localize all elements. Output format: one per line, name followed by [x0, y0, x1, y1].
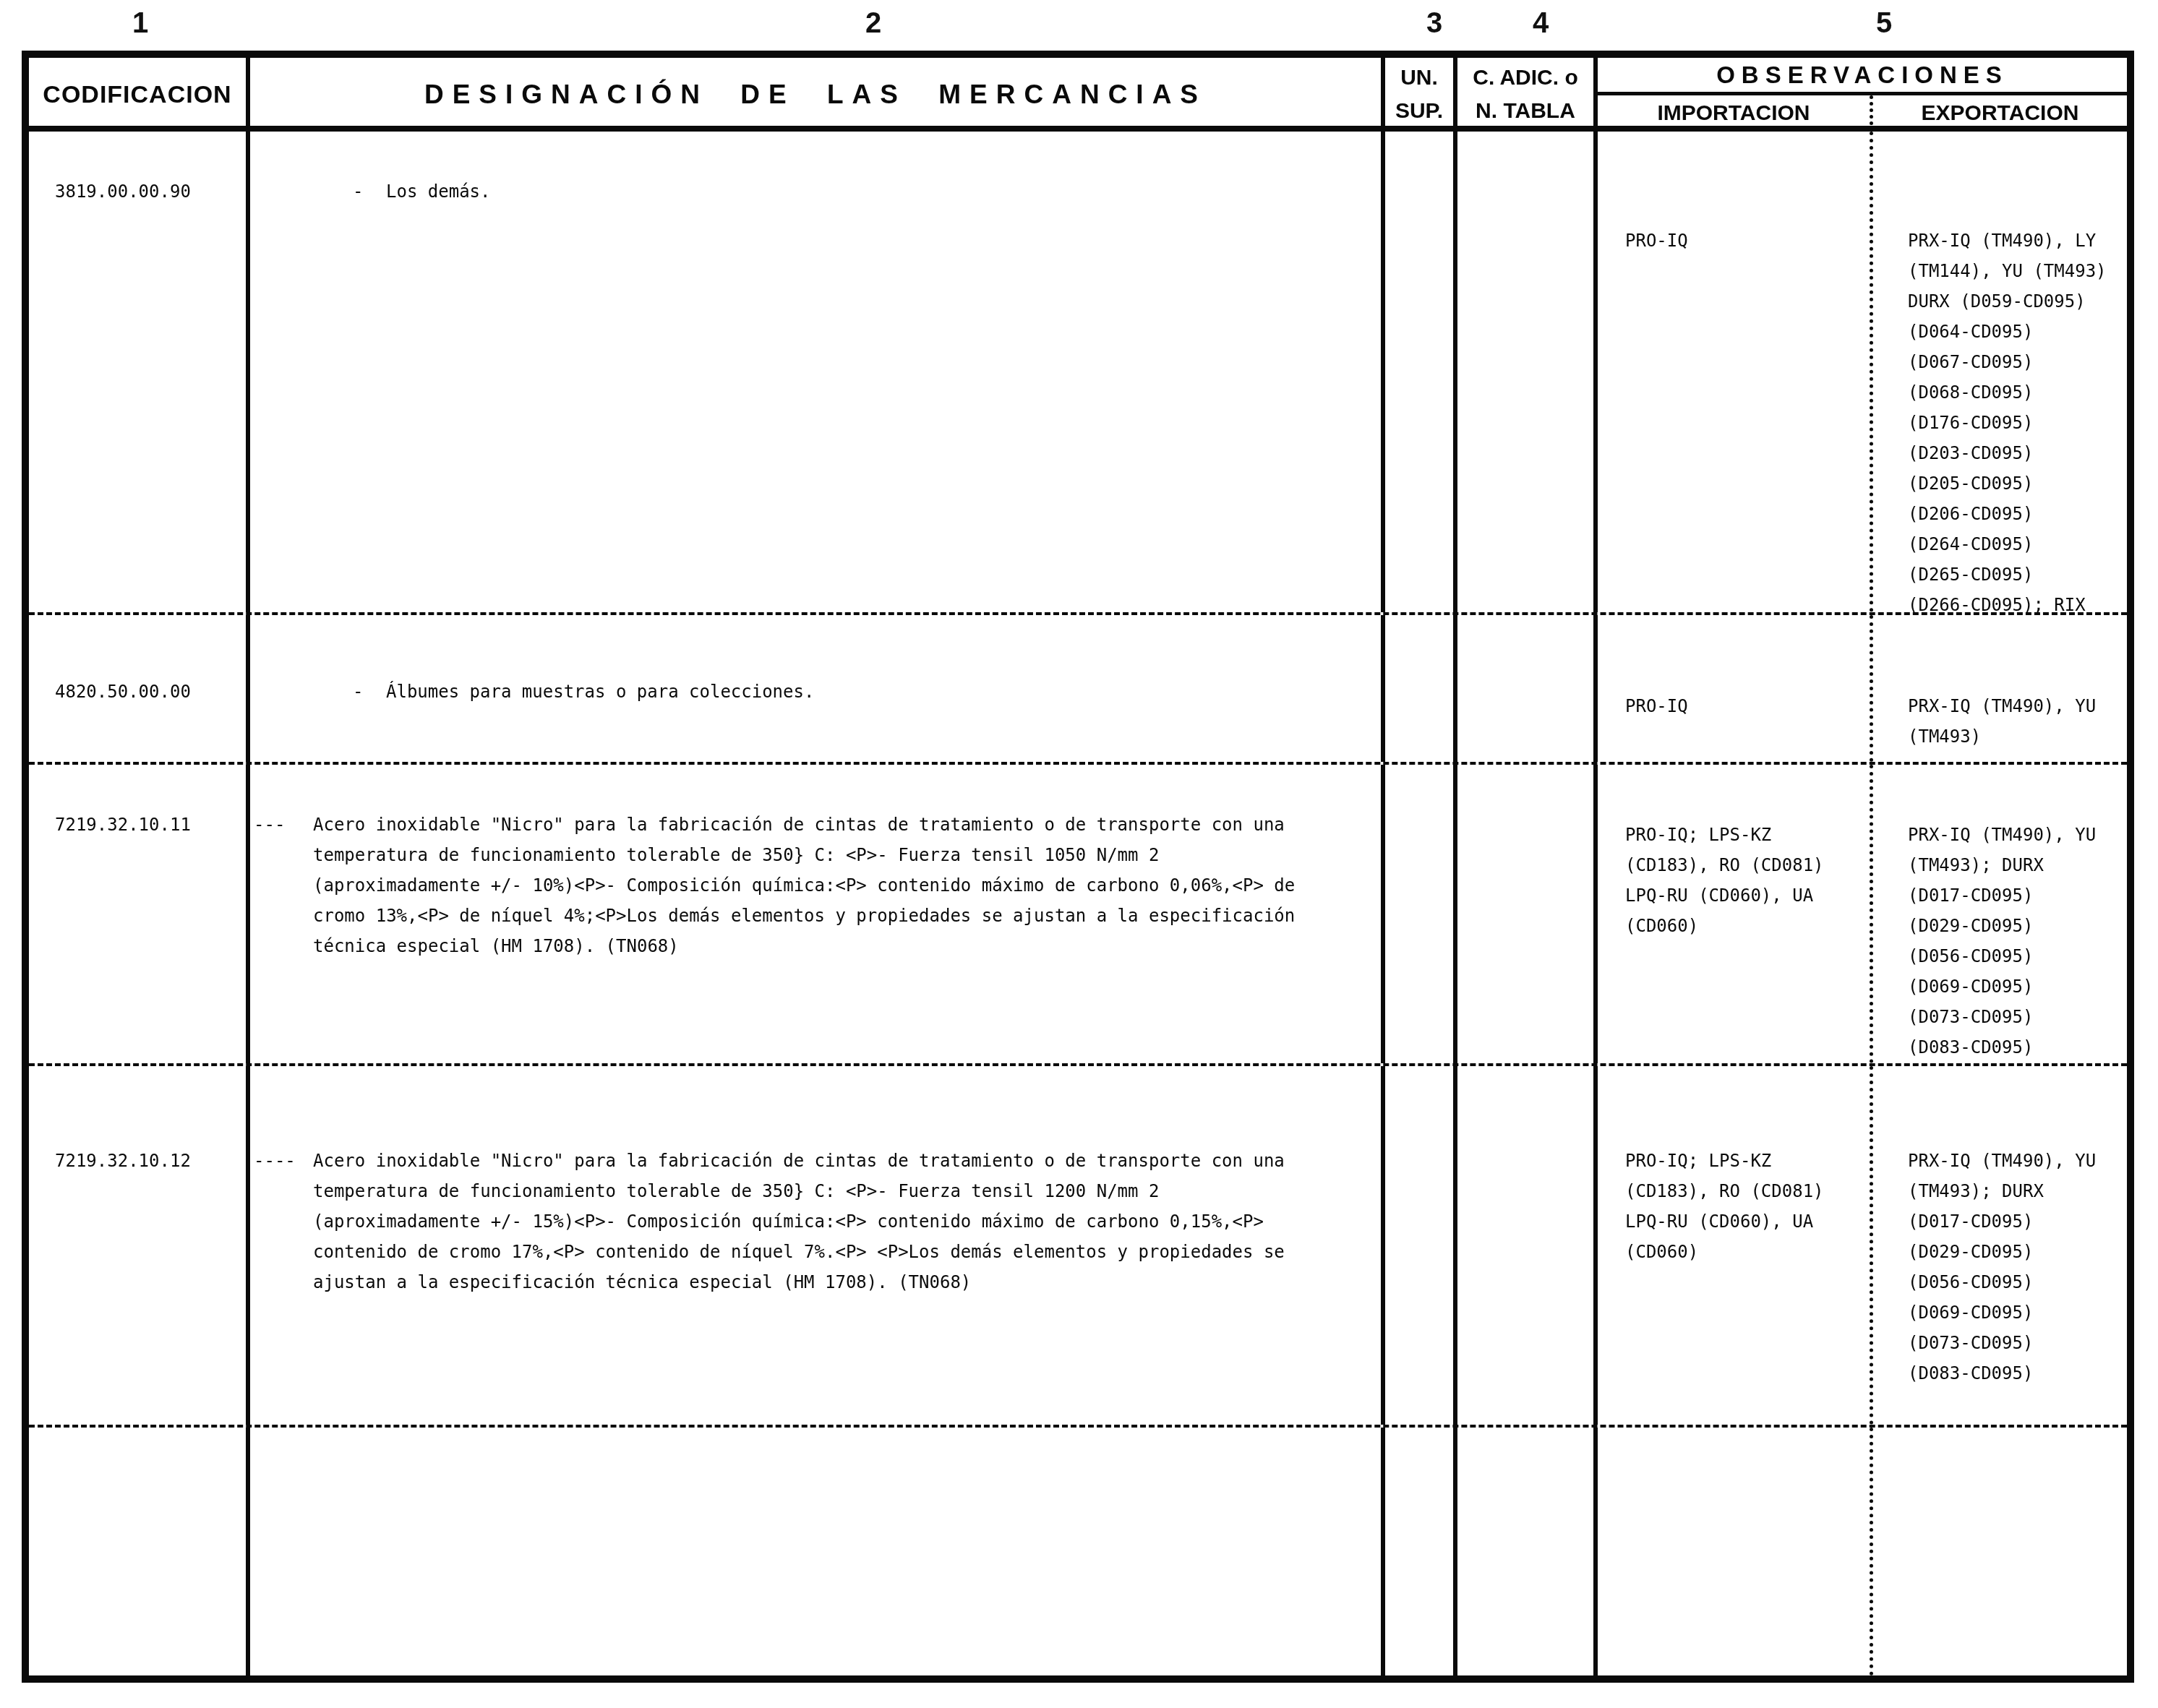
designacion-cell: --- Acero inoxidable "Nicro" para la fab…: [246, 765, 1381, 1063]
column-number-4: 4: [1533, 7, 1549, 40]
un-sup-cell: [1381, 1428, 1453, 1675]
c-adic-cell: [1453, 615, 1593, 762]
importacion-cell: PRO-IQ: [1593, 615, 1870, 762]
dash-prefix: ----: [254, 1146, 313, 1176]
importacion-cell: PRO-IQ: [1593, 132, 1870, 612]
table-row: 3819.00.00.90 - Los demás. PRO-IQ PRX-IQ…: [29, 132, 2127, 615]
table-row: 7219.32.10.12 ---- Acero inoxidable "Nic…: [29, 1066, 2127, 1428]
exportacion-cell: [1870, 1428, 2127, 1675]
tariff-table: CODIFICACION DESIGNACIÓN DE LAS MERCANCI…: [22, 51, 2134, 1683]
designacion-cell: [246, 1428, 1381, 1675]
header-adic-line1: C. ADIC. o: [1473, 61, 1578, 95]
header-importacion: IMPORTACION: [1593, 95, 1870, 132]
column-number-1: 1: [132, 7, 148, 40]
importacion-cell: [1593, 1428, 1870, 1675]
table-body: 3819.00.00.90 - Los demás. PRO-IQ PRX-IQ…: [29, 132, 2127, 1675]
header-c-adic: C. ADIC. o N. TABLA: [1453, 58, 1593, 132]
exportacion-cell: PRX-IQ (TM490), YU (TM493): [1870, 615, 2127, 762]
c-adic-cell: [1453, 1066, 1593, 1425]
header-un-line1: UN.: [1400, 61, 1438, 95]
importacion-cell: PRO-IQ; LPS-KZ (CD183), RO (CD081) LPQ-R…: [1593, 1066, 1870, 1425]
exportacion-cell: PRX-IQ (TM490), YU (TM493); DURX (D017-C…: [1870, 765, 2127, 1063]
exportacion-cell: PRX-IQ (TM490), LY (TM144), YU (TM493) D…: [1870, 132, 2127, 612]
header-adic-line2: N. TABLA: [1476, 95, 1575, 128]
header-codificacion: CODIFICACION: [29, 58, 246, 132]
dash-prefix: ---: [254, 810, 313, 840]
table-row: 7219.32.10.11 --- Acero inoxidable "Nicr…: [29, 765, 2127, 1066]
designacion-cell: - Álbumes para muestras o para coleccion…: [246, 615, 1381, 762]
codigo-cell: 7219.32.10.11: [29, 765, 246, 1063]
codigo-cell: 3819.00.00.90: [29, 132, 246, 612]
designacion-text: Álbumes para muestras o para colecciones…: [386, 677, 1381, 707]
dash-prefix: -: [353, 677, 386, 707]
column-number-2: 2: [865, 7, 881, 40]
un-sup-cell: [1381, 1066, 1453, 1425]
dash-prefix: -: [353, 176, 386, 207]
designacion-text: Los demás.: [386, 176, 1381, 207]
designacion-text: Acero inoxidable "Nicro" para la fabrica…: [313, 810, 1381, 961]
column-number-3: 3: [1426, 7, 1442, 40]
codigo-cell: 4820.50.00.00: [29, 615, 246, 762]
importacion-cell: PRO-IQ; LPS-KZ (CD183), RO (CD081) LPQ-R…: [1593, 765, 1870, 1063]
designacion-cell: ---- Acero inoxidable "Nicro" para la fa…: [246, 1066, 1381, 1425]
header-observaciones: OBSERVACIONES: [1593, 58, 2127, 95]
un-sup-cell: [1381, 765, 1453, 1063]
c-adic-cell: [1453, 132, 1593, 612]
codigo-cell: 7219.32.10.12: [29, 1066, 246, 1425]
table-header: CODIFICACION DESIGNACIÓN DE LAS MERCANCI…: [29, 58, 2127, 132]
table-row-empty: [29, 1428, 2127, 1675]
exportacion-cell: PRX-IQ (TM490), YU (TM493); DURX (D017-C…: [1870, 1066, 2127, 1425]
designacion-cell: - Los demás.: [246, 132, 1381, 612]
c-adic-cell: [1453, 765, 1593, 1063]
column-number-5: 5: [1876, 7, 1892, 40]
column-number-labels: 1 2 3 4 5: [0, 7, 2158, 48]
c-adic-cell: [1453, 1428, 1593, 1675]
un-sup-cell: [1381, 615, 1453, 762]
table-row: 4820.50.00.00 - Álbumes para muestras o …: [29, 615, 2127, 765]
codigo-cell: [29, 1428, 246, 1675]
header-un-sup: UN. SUP.: [1381, 58, 1453, 132]
designacion-text: Acero inoxidable "Nicro" para la fabrica…: [313, 1146, 1381, 1297]
header-exportacion: EXPORTACION: [1870, 95, 2127, 132]
un-sup-cell: [1381, 132, 1453, 612]
header-designacion: DESIGNACIÓN DE LAS MERCANCIAS: [246, 58, 1381, 132]
header-un-line2: SUP.: [1395, 95, 1443, 128]
